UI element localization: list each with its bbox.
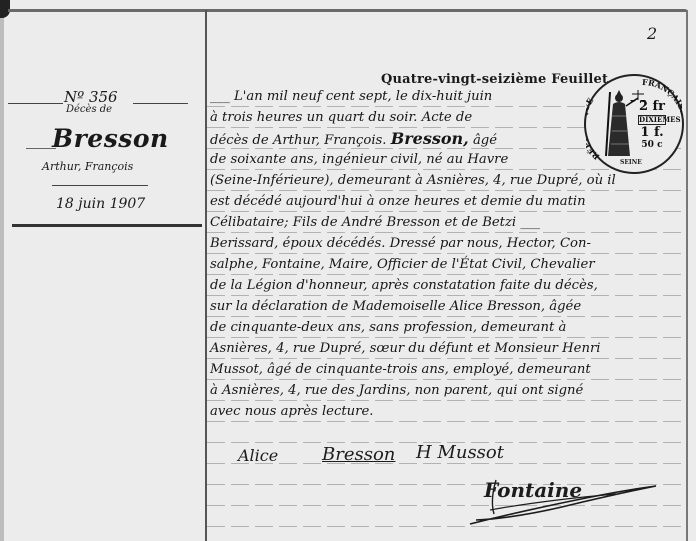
body-line: Mussot, âgé de cinquante-trois ans, empl…	[210, 359, 686, 380]
ruled-line	[207, 463, 686, 464]
deceased-surname-inline: Bresson,	[391, 129, 469, 148]
stamp-value-3: 50 c	[638, 140, 666, 150]
signature-declarant-first: Alice	[238, 446, 278, 465]
deceased-given-names: Arthur, François	[42, 160, 133, 173]
stamp-value-2: 1 f.	[638, 126, 666, 140]
revenue-stamp: RÉPUBLIQUE FRANÇAISE 2 fr DIXIÈMES 1 f. …	[584, 74, 684, 174]
divider	[52, 185, 148, 186]
divider	[133, 103, 188, 104]
body-line: (Seine-Inférieure), demeurant à Asnières…	[210, 170, 686, 191]
signature-declarant-last: Bresson	[322, 444, 395, 465]
body-text: décès de Arthur, François.	[210, 133, 387, 148]
page-top-border	[8, 9, 688, 12]
body-line: est décédé aujourd'hui à onze heures et …	[210, 191, 686, 212]
signature-mayor: Fontaine	[484, 478, 582, 502]
sheet-title: Quatre-vingt-seizième Feuillet	[381, 72, 608, 87]
body-line: ___ L'an mil neuf cent sept, le dix-huit…	[210, 86, 650, 107]
body-line: Célibataire; Fils de André Bresson et de…	[210, 212, 686, 233]
body-line: de cinquante-deux ans, sans profession, …	[210, 317, 686, 338]
body-line: salphe, Fontaine, Maire, Officier de l'É…	[210, 254, 686, 275]
margin-end-rule	[12, 224, 202, 227]
page-left-edge	[0, 0, 4, 541]
body-line: avec nous après lecture.	[210, 401, 650, 422]
deceased-surname: Bresson	[52, 124, 169, 153]
death-date: 18 juin 1907	[56, 196, 145, 212]
body-text: âgé	[473, 133, 497, 148]
stamp-value-label: DIXIÈMES	[638, 115, 666, 125]
body-line: Asnières, 4, rue Dupré, sœur du défunt e…	[210, 338, 686, 359]
record-type: Décès de	[66, 104, 112, 115]
stamp-department: SEINE	[620, 159, 642, 166]
body-line: Berissard, époux décédés. Dressé par nou…	[210, 233, 686, 254]
stamp-republique-text: RÉPUBLIQUE	[586, 96, 601, 162]
justice-figure-icon: RÉPUBLIQUE FRANÇAISE	[586, 76, 682, 172]
signature-witness: H Mussot	[416, 442, 504, 463]
body-line: de soixante ans, ingénieur civil, né au …	[210, 149, 650, 170]
body-line: sur la déclaration de Mademoiselle Alice…	[210, 296, 686, 317]
divider	[8, 103, 63, 104]
civil-register-page: 2 Nº 356 Décès de Bresson Arthur, Franço…	[0, 0, 696, 541]
stamp-values: 2 fr DIXIÈMES 1 f. 50 c	[638, 100, 666, 150]
record-body: ___ L'an mil neuf cent sept, le dix-huit…	[210, 86, 650, 422]
page-right-border	[686, 10, 688, 541]
page-number: 2	[647, 24, 657, 43]
stamp-value-1: 2 fr	[638, 100, 666, 114]
body-line: à Asnières, 4, rue des Jardins, non pare…	[210, 380, 686, 401]
body-line: de la Légion d'honneur, après constatati…	[210, 275, 686, 296]
svg-text:RÉPUBLIQUE: RÉPUBLIQUE	[586, 96, 601, 162]
margin-divider-line	[205, 10, 207, 541]
